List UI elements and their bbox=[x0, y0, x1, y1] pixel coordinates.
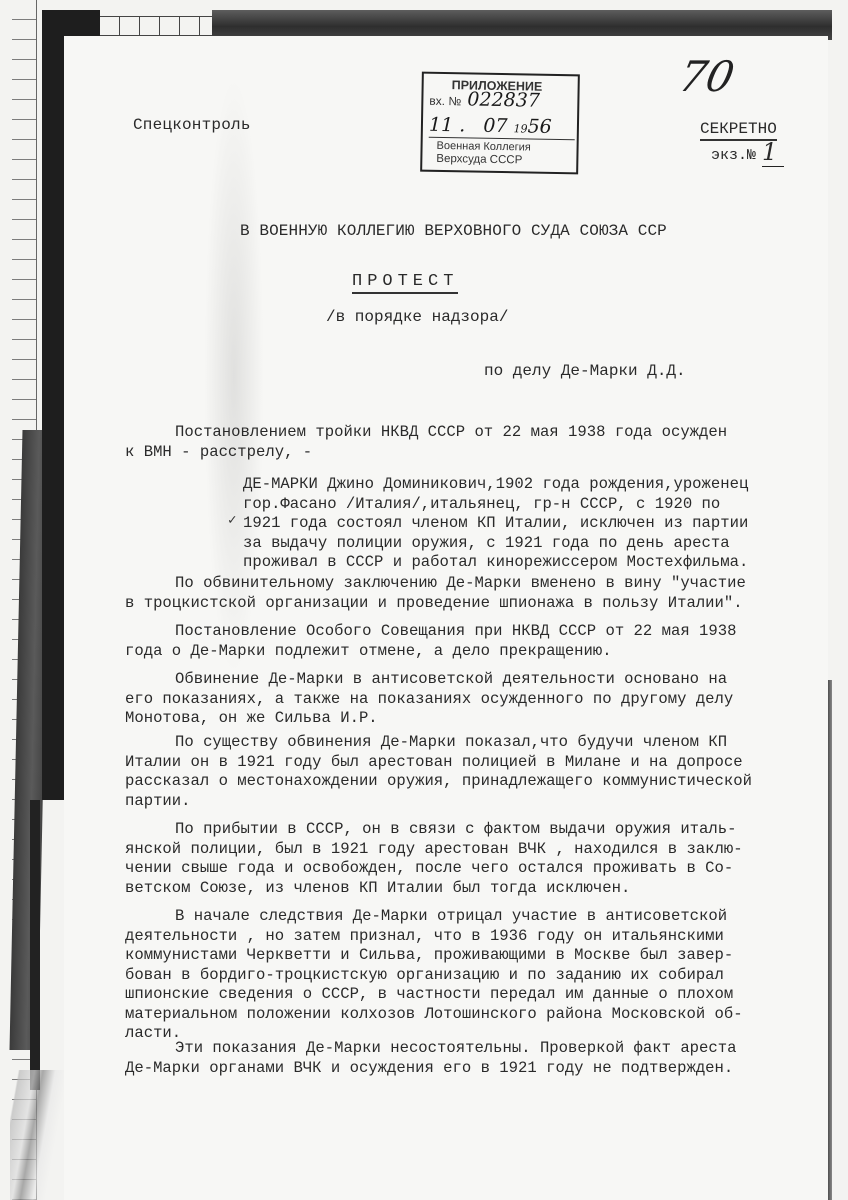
stamp-date: 11 . 07 1956 bbox=[429, 114, 575, 141]
stamp-incoming-label: вх. № bbox=[429, 94, 461, 109]
text-line: По обвинительному заключению Де-Марки вм… bbox=[125, 574, 825, 594]
text-line: янской полиции, был в 1921 году арестова… bbox=[125, 840, 825, 860]
stamp-incoming-number: 022837 bbox=[467, 88, 540, 111]
stamp-org-line2: Верхсуда СССР bbox=[436, 153, 522, 166]
document-title: ПРОТЕСТ bbox=[352, 272, 458, 294]
text-line: деятельности , но затем признал, что в 1… bbox=[125, 927, 825, 947]
text-line: Италии он в 1921 году был арестован поли… bbox=[125, 753, 825, 773]
stamp-date-year: 56 bbox=[527, 115, 552, 137]
scan-shadow-binding bbox=[42, 10, 64, 800]
text-line: шпионские сведения о СССР, в частности п… bbox=[125, 985, 825, 1005]
text-line: чении свыше года и освобожден, после чег… bbox=[125, 859, 825, 879]
text-line: бован в бордиго-троцкистскую организацию… bbox=[125, 966, 825, 986]
scan-ruler-top bbox=[100, 16, 212, 36]
department-label: Спецконтроль bbox=[133, 116, 251, 134]
stamp-date-day: 11 bbox=[429, 114, 454, 136]
text-line: гор.Фасано /Италия/,итальянец, гр-н СССР… bbox=[243, 495, 848, 515]
text-line: ДЕ-МАРКИ Джино Доминикович,1902 года рож… bbox=[243, 475, 848, 495]
text-line: Обвинение Де-Марки в антисоветской деяте… bbox=[125, 670, 825, 690]
copy-label: экз.№ bbox=[711, 147, 756, 164]
text-line: В начале следствия Де-Марки отрицал учас… bbox=[125, 907, 825, 927]
text-line: партии. bbox=[125, 792, 825, 812]
paragraph-8: В начале следствия Де-Марки отрицал учас… bbox=[125, 907, 825, 1044]
text-line: рассказал о местонахождении оружия, прин… bbox=[125, 772, 825, 792]
text-line: материальном положении колхозов Лотошинс… bbox=[125, 1005, 825, 1025]
text-line: года о Де-Марки подлежит отмене, а дело … bbox=[125, 642, 825, 662]
case-reference: по делу Де-Марки Д.Д. bbox=[484, 362, 686, 380]
stamp-date-month: 07 bbox=[483, 115, 508, 137]
scan-shadow-left-lower bbox=[30, 800, 40, 1090]
text-line: Монотова, он же Сильва И.Р. bbox=[125, 709, 825, 729]
paragraph-1: Постановлением тройки НКВД СССР от 22 ма… bbox=[125, 423, 825, 462]
text-line: 1921 года состоял членом КП Италии, искл… bbox=[243, 514, 848, 534]
text-line: ветском Союзе, из членов КП Италии был т… bbox=[125, 879, 825, 899]
paragraph-3: По обвинительному заключению Де-Марки вм… bbox=[125, 574, 825, 613]
text-line: в троцкистской организации и проведение … bbox=[125, 594, 825, 614]
paragraph-6: По существу обвинения Де-Марки показал,ч… bbox=[125, 733, 825, 811]
margin-check-mark: ✓ bbox=[228, 512, 236, 529]
registration-stamp: ПРИЛОЖЕНИЕ вх. № 022837 11 . 07 1956 Вое… bbox=[420, 72, 580, 175]
text-line: к ВМН - расстрелу, - bbox=[125, 443, 825, 463]
document-subtitle: /в порядке надзора/ bbox=[326, 308, 508, 326]
paragraph-7: По прибытии в СССР, он в связи с фактом … bbox=[125, 820, 825, 898]
text-line: Эти показания Де-Марки несостоятельны. П… bbox=[125, 1039, 825, 1059]
paragraph-5: Обвинение Де-Марки в антисоветской деяте… bbox=[125, 670, 825, 729]
text-line: Постановлением тройки НКВД СССР от 22 ма… bbox=[125, 423, 825, 443]
text-line: за выдачу полиции оружия, с 1921 года по… bbox=[243, 534, 848, 554]
paragraph-9: Эти показания Де-Марки несостоятельны. П… bbox=[125, 1039, 825, 1078]
text-line: его показаниях, а также на показаниях ос… bbox=[125, 690, 825, 710]
handwritten-copy-number: 1 bbox=[762, 138, 784, 167]
scan-shadow-corner bbox=[42, 10, 100, 36]
torn-corner bbox=[10, 1070, 70, 1200]
text-line: Постановление Особого Совещания при НКВД… bbox=[125, 622, 825, 642]
paragraph-4: Постановление Особого Совещания при НКВД… bbox=[125, 622, 825, 661]
text-line: По существу обвинения Де-Марки показал,ч… bbox=[125, 733, 825, 753]
text-line: По прибытии в СССР, он в связи с фактом … bbox=[125, 820, 825, 840]
handwritten-sheet-number: 70 bbox=[675, 52, 739, 101]
paragraph-2-biography: ДЕ-МАРКИ Джино Доминикович,1902 года рож… bbox=[243, 475, 848, 573]
text-line: проживал в СССР и работал кинорежиссером… bbox=[243, 553, 848, 573]
text-line: коммунистами Черкветти и Сильва, прожива… bbox=[125, 946, 825, 966]
addressee: В ВОЕННУЮ КОЛЛЕГИЮ ВЕРХОВНОГО СУДА СОЮЗА… bbox=[240, 222, 667, 240]
stamp-org-line1: Военная Коллегия bbox=[436, 140, 530, 154]
text-line: Де-Марки органами ВЧК и осуждения его в … bbox=[125, 1059, 825, 1079]
